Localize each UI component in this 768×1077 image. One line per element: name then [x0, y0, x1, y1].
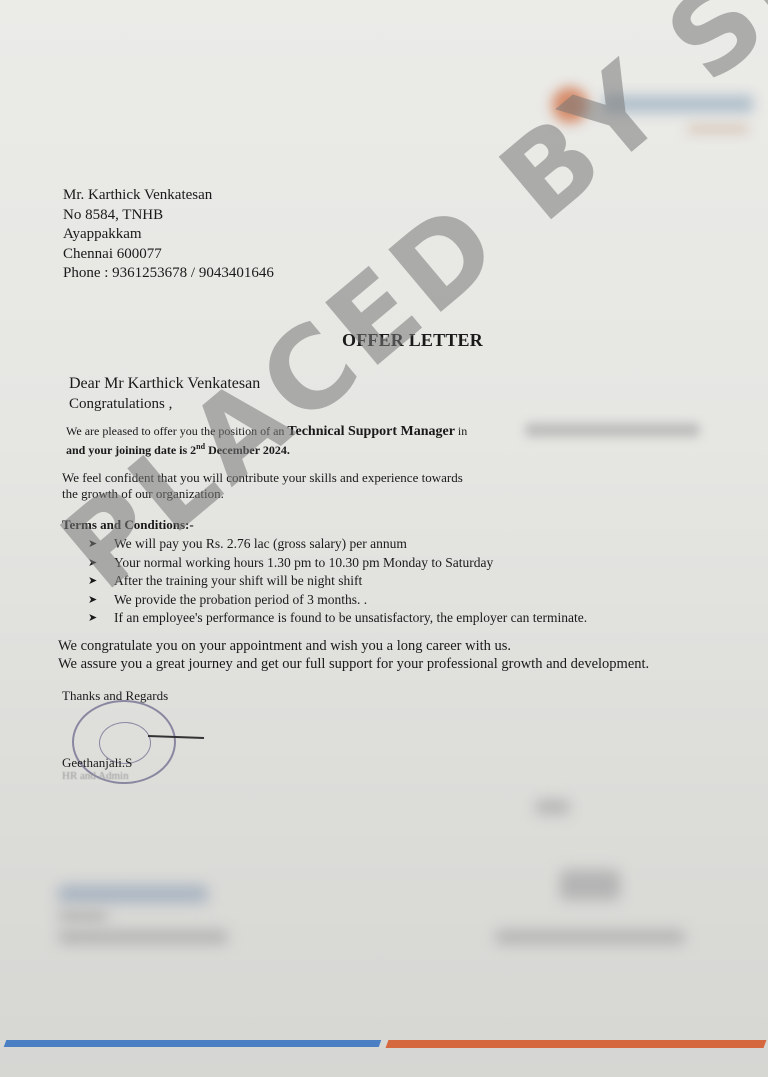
arrow-bullet-icon: ➤ [88, 554, 114, 573]
signer-name: Geethanjali.S [62, 755, 132, 771]
list-item: ➤After the training your shift will be n… [88, 572, 587, 591]
redacted-footer-text [58, 930, 228, 944]
congratulations: Congratulations , [69, 394, 260, 414]
confidence-paragraph: We feel confident that you will contribu… [62, 470, 463, 502]
footer-stripe-blue [4, 1040, 382, 1047]
redacted-company-name [525, 423, 700, 437]
term-text: If an employee's performance is found to… [114, 609, 587, 628]
closing-line-1: We congratulate you on your appointment … [58, 637, 649, 655]
joining-sup: nd [196, 442, 205, 451]
recipient-address: Mr. Karthick Venkatesan No 8584, TNHB Ay… [63, 186, 274, 284]
joining-prefix: and your joining date is 2 [66, 443, 196, 457]
list-item: ➤Your normal working hours 1.30 pm to 10… [88, 554, 587, 573]
logo-wordmark [603, 95, 753, 113]
signer-role: HR and Admin [62, 770, 129, 782]
redacted-footer-text [495, 930, 685, 944]
salutation: Dear Mr Karthick Venkatesan [69, 374, 260, 394]
redacted-footer-text [560, 870, 620, 900]
offer-intro: We are pleased to offer you the position… [66, 424, 287, 438]
list-item: ➤We will pay you Rs. 2.76 lac (gross sal… [88, 535, 587, 554]
closing-paragraph: We congratulate you on your appointment … [58, 637, 649, 673]
closing-line-2: We assure you a great journey and get ou… [58, 655, 649, 673]
confidence-line-2: the growth of our organization. [62, 486, 463, 502]
arrow-bullet-icon: ➤ [88, 572, 114, 591]
confidence-line-1: We feel confident that you will contribu… [62, 470, 463, 486]
term-text: Your normal working hours 1.30 pm to 10.… [114, 554, 493, 573]
offer-after-position: in [455, 424, 467, 438]
offer-letter-page: Mr. Karthick Venkatesan No 8584, TNHB Ay… [0, 0, 768, 1077]
arrow-bullet-icon: ➤ [88, 609, 114, 628]
terms-heading: Terms and Conditions:- [62, 517, 194, 533]
address-city: Chennai 600077 [63, 245, 274, 265]
address-line-1: No 8584, TNHB [63, 206, 274, 226]
logo-mark [552, 87, 588, 123]
document-title: OFFER LETTER [342, 330, 483, 351]
term-text: We will pay you Rs. 2.76 lac (gross sala… [114, 535, 407, 554]
logo-tagline [688, 125, 748, 133]
salutation-block: Dear Mr Karthick Venkatesan Congratulati… [69, 374, 260, 414]
list-item: ➤We provide the probation period of 3 mo… [88, 591, 587, 610]
list-item: ➤If an employee's performance is found t… [88, 609, 587, 628]
recipient-phone: Phone : 9361253678 / 9043401646 [63, 264, 274, 284]
arrow-bullet-icon: ➤ [88, 535, 114, 554]
redacted-footer-text [58, 910, 108, 922]
redacted-footer-text [58, 885, 208, 903]
recipient-name: Mr. Karthick Venkatesan [63, 186, 274, 206]
joining-suffix: December 2024. [205, 443, 290, 457]
address-line-2: Ayappakkam [63, 225, 274, 245]
footer-stripe-orange [386, 1040, 767, 1048]
arrow-bullet-icon: ➤ [88, 591, 114, 610]
redacted-footer-text [535, 800, 570, 814]
offer-paragraph: We are pleased to offer you the position… [66, 424, 467, 458]
terms-list: ➤We will pay you Rs. 2.76 lac (gross sal… [88, 535, 587, 628]
company-logo-icon [548, 85, 738, 125]
term-text: We provide the probation period of 3 mon… [114, 591, 367, 610]
offer-position: Technical Support Manager [287, 424, 455, 439]
term-text: After the training your shift will be ni… [114, 572, 362, 591]
